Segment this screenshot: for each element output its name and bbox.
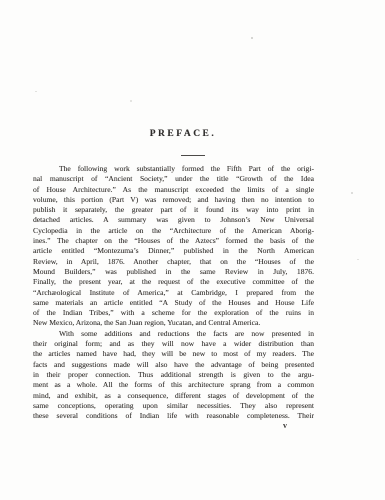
scan-artifact	[130, 100, 132, 102]
text-line: ment as a whole. All the forms of this a…	[33, 380, 314, 390]
scan-artifact	[357, 259, 359, 260]
text-line: “Archæological Institute of America,” at…	[33, 288, 314, 298]
text-line: publish it separately, the greater part …	[33, 205, 314, 215]
signature-mark: v	[283, 421, 287, 430]
text-line: of House Architecture.” As the manuscrip…	[33, 185, 314, 195]
scan-artifact	[35, 91, 37, 92]
paragraph: With some additions and reductions the f…	[33, 329, 314, 422]
text-line: mind, and exhibit, as a consequence, dif…	[33, 391, 314, 401]
text-line: With some additions and reductions the f…	[33, 329, 314, 339]
text-line: Mound Builders,” was published in the sa…	[33, 267, 314, 277]
text-line: ines.” The chapter on the “Houses of the…	[33, 236, 314, 246]
paragraph: The following work substantially formed …	[33, 164, 314, 329]
text-line: Finally, the present year, at the reques…	[33, 277, 314, 287]
title-divider-rule	[181, 155, 205, 156]
text-line: in their proper connection. Thus additio…	[33, 370, 314, 380]
text-line: volume, this portion (Part V) was remove…	[33, 195, 314, 205]
text-line: nal manuscript of “Ancient Society,” und…	[33, 174, 314, 184]
scan-artifact	[351, 192, 353, 194]
text-line: these several conditions of Indian life …	[33, 411, 314, 421]
scan-artifact	[251, 37, 253, 39]
text-line: The following work substantially formed …	[33, 164, 314, 174]
text-line: New Mexico, Arizona, the San Juan region…	[33, 318, 314, 328]
text-line: facts and suggestions made will also hav…	[33, 360, 314, 370]
text-line: same conceptions, operating upon similar…	[33, 401, 314, 411]
text-line: same materials an article entitled “A St…	[33, 298, 314, 308]
preface-text-block: The following work substantially formed …	[33, 164, 314, 421]
text-line: article entitled “Montezuma’s Dinner,” p…	[33, 246, 314, 256]
text-line: detached articles. A summary was given t…	[33, 215, 314, 225]
text-line: their original form; and as they will no…	[33, 339, 314, 349]
text-line: the articles named have had, they will b…	[33, 349, 314, 359]
book-page: PREFACE. The following work substantiall…	[0, 0, 385, 500]
text-line: Review, in April, 1876. Another chapter,…	[33, 257, 314, 267]
page-title: PREFACE.	[58, 129, 308, 139]
text-line: Cyclopedia in the article on the “Archit…	[33, 226, 314, 236]
text-line: of the Indian Tribes,” with a scheme for…	[33, 308, 314, 318]
